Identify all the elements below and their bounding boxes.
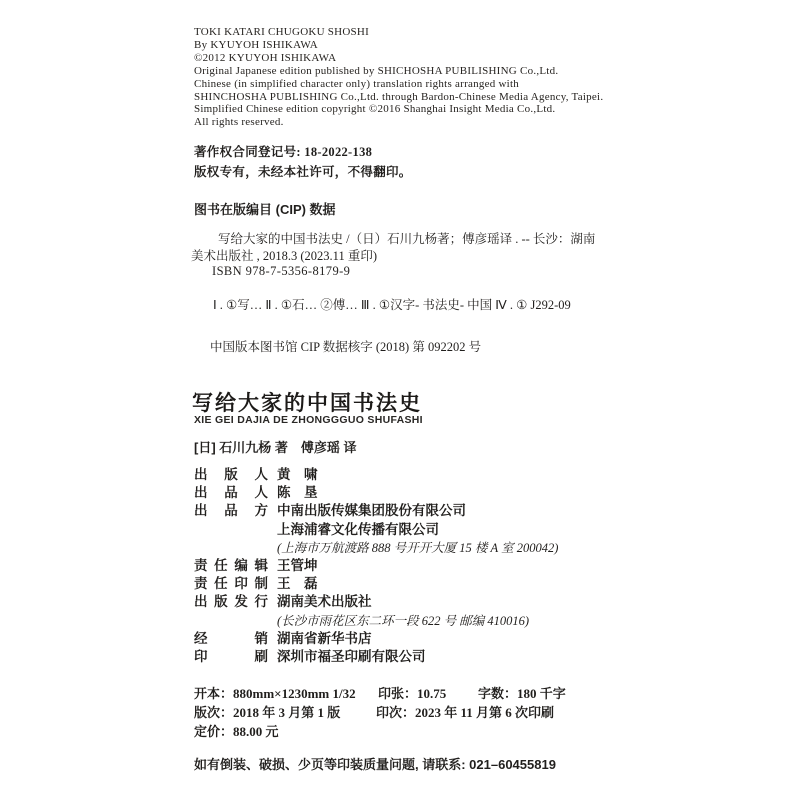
colophon-row-producer-address: (上海市万航渡路 888 号开开大厦 15 楼 A 室 200042) — [194, 539, 674, 557]
copyright-registration-number: 著作权合同登记号: 18-2022-138 — [194, 142, 372, 160]
colophon-label: 印刷 — [194, 648, 268, 666]
colophon-row-publisher: 出版发行 湖南美术出版社 — [194, 593, 674, 611]
colophon-label — [194, 539, 268, 557]
colophon-label — [194, 612, 268, 630]
spec-price: 定价：88.00 元 — [194, 721, 279, 740]
colophon-row-publisher-person: 出版人 黄 啸 — [194, 466, 674, 484]
colophon-label: 出品方 — [194, 502, 268, 520]
english-rights-block: TOKI KATARI CHUGOKU SHOSHI By KYUYOH ISH… — [194, 26, 603, 129]
colophon-label: 责任印制 — [194, 575, 268, 593]
rights-line: ©2012 KYUYOH ISHIKAWA — [194, 52, 603, 65]
colophon-value: 王管坤 — [277, 557, 318, 575]
isbn-number: ISBN 978-7-5356-8179-9 — [212, 264, 350, 279]
colophon-value-address: (长沙市雨花区东二环一段 622 号 邮编 410016) — [277, 612, 529, 630]
colophon-row-producer-person: 出品人 陈 垦 — [194, 484, 674, 502]
quality-contact-line: 如有倒装、破损、少页等印装质量问题, 请联系: 021–60455819 — [194, 754, 556, 773]
rights-line: Simplified Chinese edition copyright ©20… — [194, 103, 603, 116]
spec-word-count: 字数：180 千字 — [478, 683, 566, 702]
rights-line: All rights reserved. — [194, 116, 603, 129]
colophon-row-producer-company: 出品方 中南出版传媒集团股份有限公司 — [194, 502, 674, 520]
copyright-notice: 版权专有，未经本社许可，不得翻印。 — [194, 162, 412, 180]
colophon-label: 出版人 — [194, 466, 268, 484]
cip-heading: 图书在版编目 (CIP) 数据 — [194, 199, 336, 218]
colophon-value: 陈 垦 — [277, 484, 318, 502]
spec-printing: 印次：2023 年 11 月第 6 次印刷 — [376, 702, 554, 721]
colophon-label: 责任编辑 — [194, 557, 268, 575]
cip-classification: Ⅰ . ①写… Ⅱ . ①石… ②傅… Ⅲ . ①汉字- 书法史- 中国 Ⅳ .… — [213, 295, 571, 313]
rights-line: TOKI KATARI CHUGOKU SHOSHI — [194, 26, 603, 39]
colophon-value: 上海浦睿文化传播有限公司 — [277, 521, 439, 539]
colophon-label: 出版发行 — [194, 593, 268, 611]
cip-record-number: 中国版本图书馆 CIP 数据核字 (2018) 第 092202 号 — [210, 337, 481, 355]
rights-line: Chinese (in simplified character only) t… — [194, 78, 603, 91]
colophon-value: 中南出版传媒集团股份有限公司 — [277, 502, 466, 520]
colophon-row-print-supervisor: 责任印制 王 磊 — [194, 575, 674, 593]
rights-line: Original Japanese edition published by S… — [194, 65, 603, 78]
colophon-label: 出品人 — [194, 484, 268, 502]
book-title: 写给大家的中国书法史 — [192, 387, 422, 417]
colophon-row-distributor: 经销 湖南省新华书店 — [194, 630, 674, 648]
colophon-value: 王 磊 — [277, 575, 318, 593]
spec-format: 开本：880mm×1230mm 1/32 — [194, 683, 356, 702]
cip-entry-line-1: 写给大家的中国书法史 /（日）石川九杨著；傅彦瑶译 . -- 长沙：湖南 — [218, 229, 595, 247]
colophon-row-printer: 印刷 深圳市福圣印刷有限公司 — [194, 648, 674, 666]
rights-line: SHINCHOSHA PUBLISHING Co.,Ltd. through B… — [194, 91, 603, 104]
colophon-label — [194, 521, 268, 539]
rights-line: By KYUYOH ISHIKAWA — [194, 39, 603, 52]
colophon-value: 黄 啸 — [277, 466, 318, 484]
spec-sheets: 印张：10.75 — [378, 683, 446, 702]
author-translator-line: [日] 石川九杨 著 傅彦瑶 译 — [194, 437, 357, 456]
colophon-value-address: (上海市万航渡路 888 号开开大厦 15 楼 A 室 200042) — [277, 539, 558, 557]
colophon-row-producer-company-2: 上海浦睿文化传播有限公司 — [194, 521, 674, 539]
colophon-label: 经销 — [194, 630, 268, 648]
colophon-value: 深圳市福圣印刷有限公司 — [277, 648, 426, 666]
colophon-value: 湖南省新华书店 — [277, 630, 372, 648]
colophon-row-publisher-address: (长沙市雨花区东二环一段 622 号 邮编 410016) — [194, 612, 674, 630]
cip-entry-line-2: 美术出版社 , 2018.3 (2023.11 重印) — [191, 246, 377, 264]
colophon-value: 湖南美术出版社 — [277, 593, 372, 611]
colophon-block: 出版人 黄 啸 出品人 陈 垦 出品方 中南出版传媒集团股份有限公司 上海浦睿文… — [194, 466, 674, 666]
colophon-row-editor: 责任编辑 王管坤 — [194, 557, 674, 575]
spec-edition: 版次：2018 年 3 月第 1 版 — [194, 702, 340, 721]
book-title-pinyin: XIE GEI DAJIA DE ZHONGGGUO SHUFASHI — [194, 414, 423, 426]
